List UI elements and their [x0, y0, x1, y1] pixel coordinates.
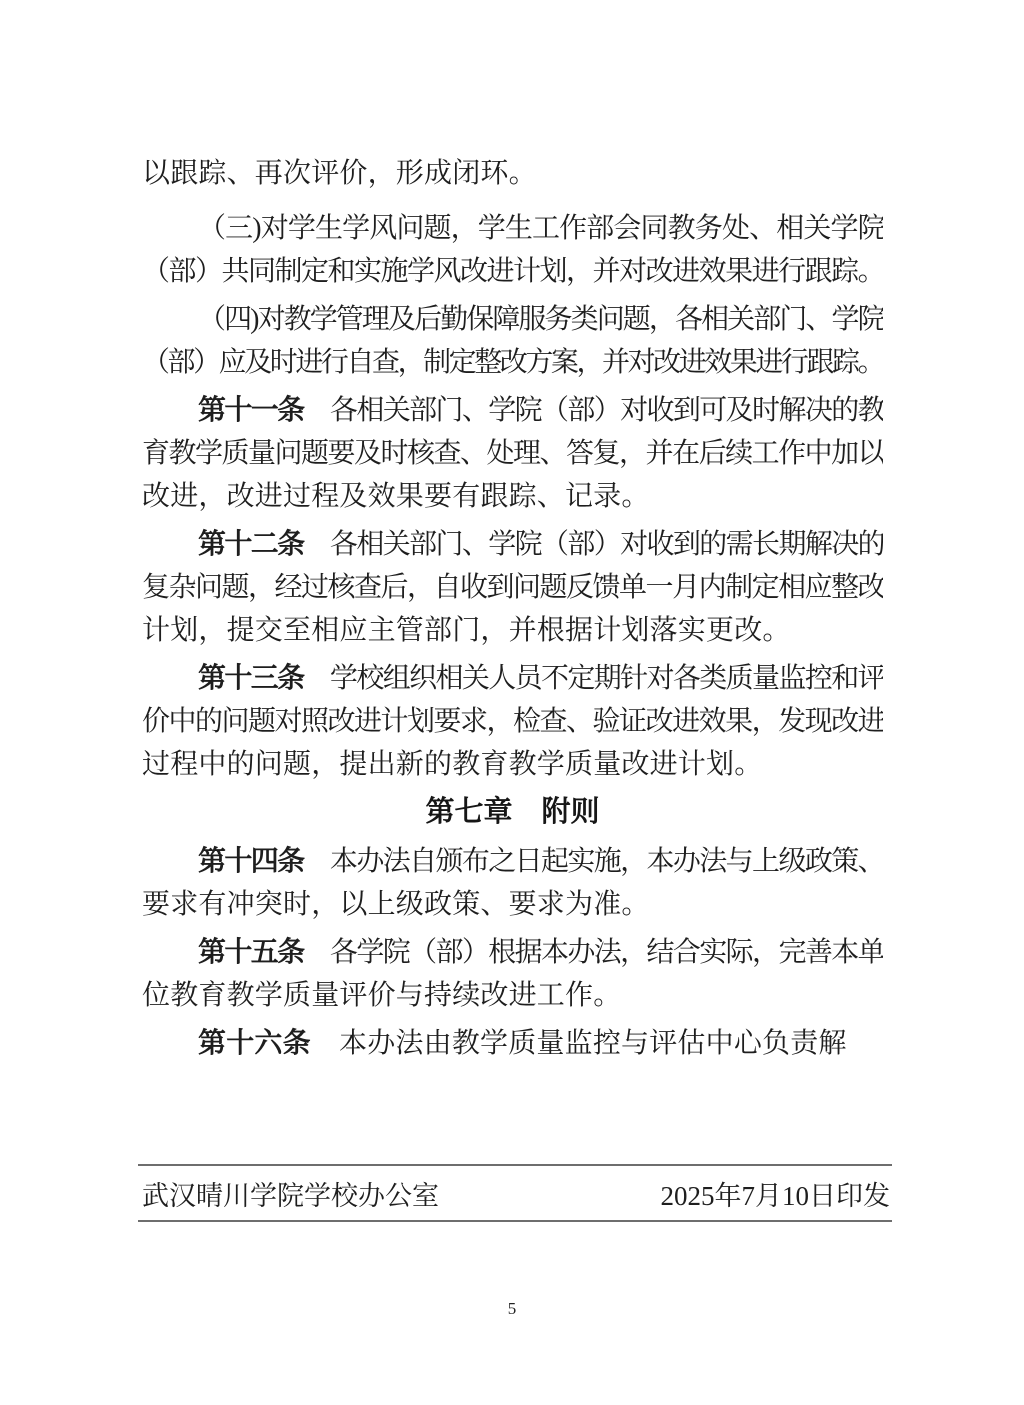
body-text-line: 第十一条 各相关部门、学院（部）对收到可及时解决的教	[142, 389, 883, 432]
article-15-label: 第十五条	[198, 937, 304, 968]
article-text: 学校组织相关人员不定期针对各类质量监控和评	[304, 663, 883, 694]
paragraph-item-3: （三)对学生学风问题，学生工作部会同教务处、相关学院 （部）共同制定和实施学风改…	[142, 207, 883, 293]
paragraph-article-11: 第十一条 各相关部门、学院（部）对收到可及时解决的教 育教学质量问题要及时核查、…	[142, 389, 883, 518]
chapter-heading: 第七章 附则	[142, 790, 883, 835]
article-13-label: 第十三条	[198, 663, 304, 694]
body-text-line: 要求有冲突时，以上级政策、要求为准。	[142, 883, 883, 926]
body-text-line: 第十三条 学校组织相关人员不定期针对各类质量监控和评	[142, 657, 883, 700]
paragraph-item-4: （四)对教学管理及后勤保障服务类问题，各相关部门、学院 （部）应及时进行自查，制…	[142, 298, 883, 384]
body-text-line: 以跟踪、再次评价，形成闭环。	[142, 152, 883, 195]
body-text-line: 第十五条 各学院（部）根据本办法，结合实际，完善本单	[142, 931, 883, 974]
document-page: 以跟踪、再次评价，形成闭环。 （三)对学生学风问题，学生工作部会同教务处、相关学…	[0, 0, 1024, 1405]
document-body: 以跟踪、再次评价，形成闭环。 （三)对学生学风问题，学生工作部会同教务处、相关学…	[142, 152, 883, 1065]
body-text-line: 第十四条 本办法自颁布之日起实施，本办法与上级政策、	[142, 840, 883, 883]
document-footer: 武汉晴川学院学校办公室 2025年7月10日印发	[142, 1176, 890, 1216]
body-text-line: 第十六条 本办法由教学质量监控与评估中心负责解释。	[142, 1022, 883, 1065]
article-14-label: 第十四条	[198, 846, 304, 877]
paragraph-article-15: 第十五条 各学院（部）根据本办法，结合实际，完善本单 位教育教学质量评价与持续改…	[142, 931, 883, 1017]
issuing-office: 武汉晴川学院学校办公室	[142, 1176, 439, 1216]
body-text-line: 育教学质量问题要及时核查、处理、答复，并在后续工作中加以	[142, 432, 883, 475]
body-text-line: （部）应及时进行自查，制定整改方案，并对改进效果进行跟踪。	[142, 341, 883, 384]
page-number: 5	[0, 1296, 1024, 1322]
article-11-label: 第十一条	[198, 395, 304, 426]
paragraph-article-16: 第十六条 本办法由教学质量监控与评估中心负责解释。	[142, 1022, 883, 1065]
article-text: 各学院（部）根据本办法，结合实际，完善本单	[304, 937, 883, 968]
print-date: 2025年7月10日印发	[661, 1176, 891, 1216]
footer-rule-top	[138, 1164, 892, 1166]
paragraph-article-12: 第十二条 各相关部门、学院（部）对收到的需长期解决的 复杂问题，经过核查后，自收…	[142, 523, 883, 652]
body-text-line: 改进，改进过程及效果要有跟踪、记录。	[142, 475, 883, 518]
body-text-line: 第十二条 各相关部门、学院（部）对收到的需长期解决的	[142, 523, 883, 566]
body-text-line: （三)对学生学风问题，学生工作部会同教务处、相关学院	[142, 207, 883, 250]
body-text-line: （部）共同制定和实施学风改进计划，并对改进效果进行跟踪。	[142, 250, 883, 293]
footer-rule-bottom	[138, 1220, 892, 1222]
paragraph-continuation: 以跟踪、再次评价，形成闭环。	[142, 152, 883, 195]
body-text-line: 复杂问题，经过核查后，自收到问题反馈单一月内制定相应整改	[142, 566, 883, 609]
paragraph-article-14: 第十四条 本办法自颁布之日起实施，本办法与上级政策、 要求有冲突时，以上级政策、…	[142, 840, 883, 926]
article-text: 本办法自颁布之日起实施，本办法与上级政策、	[304, 846, 883, 877]
article-12-label: 第十二条	[198, 529, 304, 560]
article-text: 各相关部门、学院（部）对收到的需长期解决的	[304, 529, 883, 560]
article-text: 各相关部门、学院（部）对收到可及时解决的教	[304, 395, 883, 426]
body-text-line: （四)对教学管理及后勤保障服务类问题，各相关部门、学院	[142, 298, 883, 341]
body-text-line: 价中的问题对照改进计划要求，检查、验证改进效果，发现改进	[142, 700, 883, 743]
body-text-line: 计划，提交至相应主管部门，并根据计划落实更改。	[142, 609, 883, 652]
article-16-label: 第十六条	[198, 1028, 311, 1059]
body-text-line: 过程中的问题，提出新的教育教学质量改进计划。	[142, 743, 883, 786]
body-text-line: 位教育教学质量评价与持续改进工作。	[142, 974, 883, 1017]
paragraph-article-13: 第十三条 学校组织相关人员不定期针对各类质量监控和评 价中的问题对照改进计划要求…	[142, 657, 883, 786]
